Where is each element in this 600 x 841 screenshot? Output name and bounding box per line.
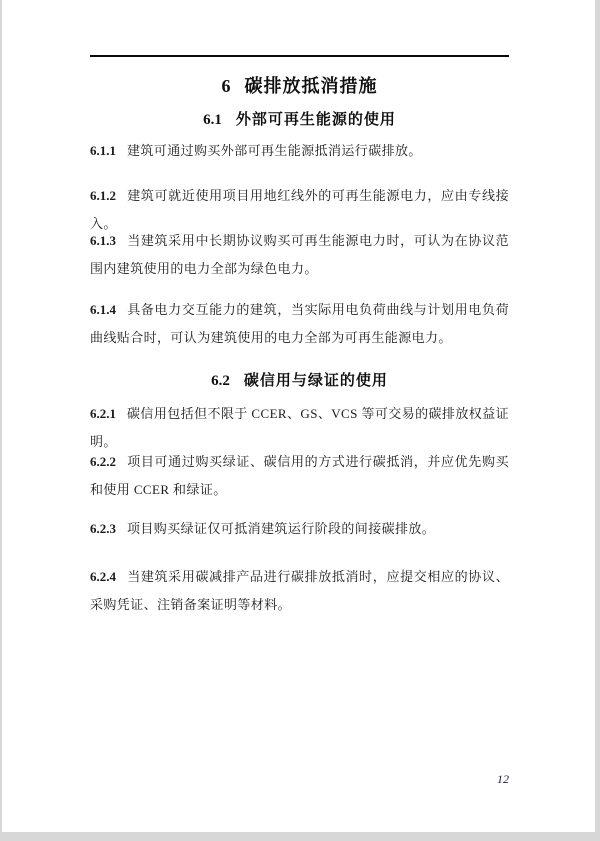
clause-number: 6.2.4 [90, 569, 116, 584]
clause-number: 6.1.2 [90, 188, 116, 203]
clause-number: 6.2.2 [90, 454, 116, 469]
clause-number: 6.2.1 [90, 406, 116, 421]
header-rule [90, 55, 509, 57]
section-title-text-6-2: 碳信用与绿证的使用 [244, 372, 388, 389]
clause-6-1-1: 6.1.1建筑可通过购买外部可再生能源抵消运行碳排放。 [90, 137, 509, 165]
chapter-title-text: 碳排放抵消措施 [245, 76, 378, 96]
clause-6-2-4: 6.2.4当建筑采用碳减排产品进行碳排放抵消时，应提交相应的协议、采购凭证、注销… [90, 563, 509, 619]
clause-text: 建筑可通过购买外部可再生能源抵消运行碳排放。 [127, 143, 422, 158]
section-title-6-2: 6.2碳信用与绿证的使用 [90, 369, 509, 390]
clause-number: 6.1.1 [90, 143, 116, 158]
clause-6-1-3: 6.1.3当建筑采用中长期协议购买可再生能源电力时，可认为在协议范围内建筑使用的… [90, 227, 509, 283]
document-page: 6碳排放抵消措施 6.1外部可再生能源的使用 6.1.1建筑可通过购买外部可再生… [2, 0, 595, 832]
clause-number: 6.1.3 [90, 233, 116, 248]
section-title-text-6-1: 外部可再生能源的使用 [236, 111, 396, 128]
clause-text: 建筑可就近使用项目用地红线外的可再生能源电力，应由专线接入。 [90, 188, 509, 231]
clause-6-2-2: 6.2.2项目可通过购买绿证、碳信用的方式进行碳抵消，并应优先购买和使用 CCE… [90, 448, 509, 504]
section-number-6-2: 6.2 [211, 373, 230, 389]
clause-number: 6.1.4 [90, 302, 116, 317]
clause-text: 项目可通过购买绿证、碳信用的方式进行碳抵消，并应优先购买和使用 CCER 和绿证… [90, 454, 509, 497]
section-title-6-1: 6.1外部可再生能源的使用 [90, 108, 509, 129]
clause-text: 具备电力交互能力的建筑，当实际用电负荷曲线与计划用电负荷曲线贴合时，可认为建筑使… [90, 302, 509, 345]
clause-text: 项目购买绿证仅可抵消建筑运行阶段的间接碳排放。 [127, 521, 435, 536]
clause-text: 碳信用包括但不限于 CCER、GS、VCS 等可交易的碳排放权益证明。 [90, 406, 509, 449]
page-number: 12 [90, 772, 509, 787]
clause-6-1-4: 6.1.4具备电力交互能力的建筑，当实际用电负荷曲线与计划用电负荷曲线贴合时，可… [90, 296, 509, 352]
section-number-6-1: 6.1 [203, 112, 222, 128]
clause-text: 当建筑采用中长期协议购买可再生能源电力时，可认为在协议范围内建筑使用的电力全部为… [90, 233, 509, 276]
clause-6-2-3: 6.2.3项目购买绿证仅可抵消建筑运行阶段的间接碳排放。 [90, 515, 509, 543]
chapter-title: 6碳排放抵消措施 [90, 72, 509, 98]
chapter-number: 6 [222, 76, 231, 96]
clause-text: 当建筑采用碳减排产品进行碳排放抵消时，应提交相应的协议、采购凭证、注销备案证明等… [90, 569, 509, 612]
viewer-background: 6碳排放抵消措施 6.1外部可再生能源的使用 6.1.1建筑可通过购买外部可再生… [0, 0, 600, 841]
clause-number: 6.2.3 [90, 521, 116, 536]
